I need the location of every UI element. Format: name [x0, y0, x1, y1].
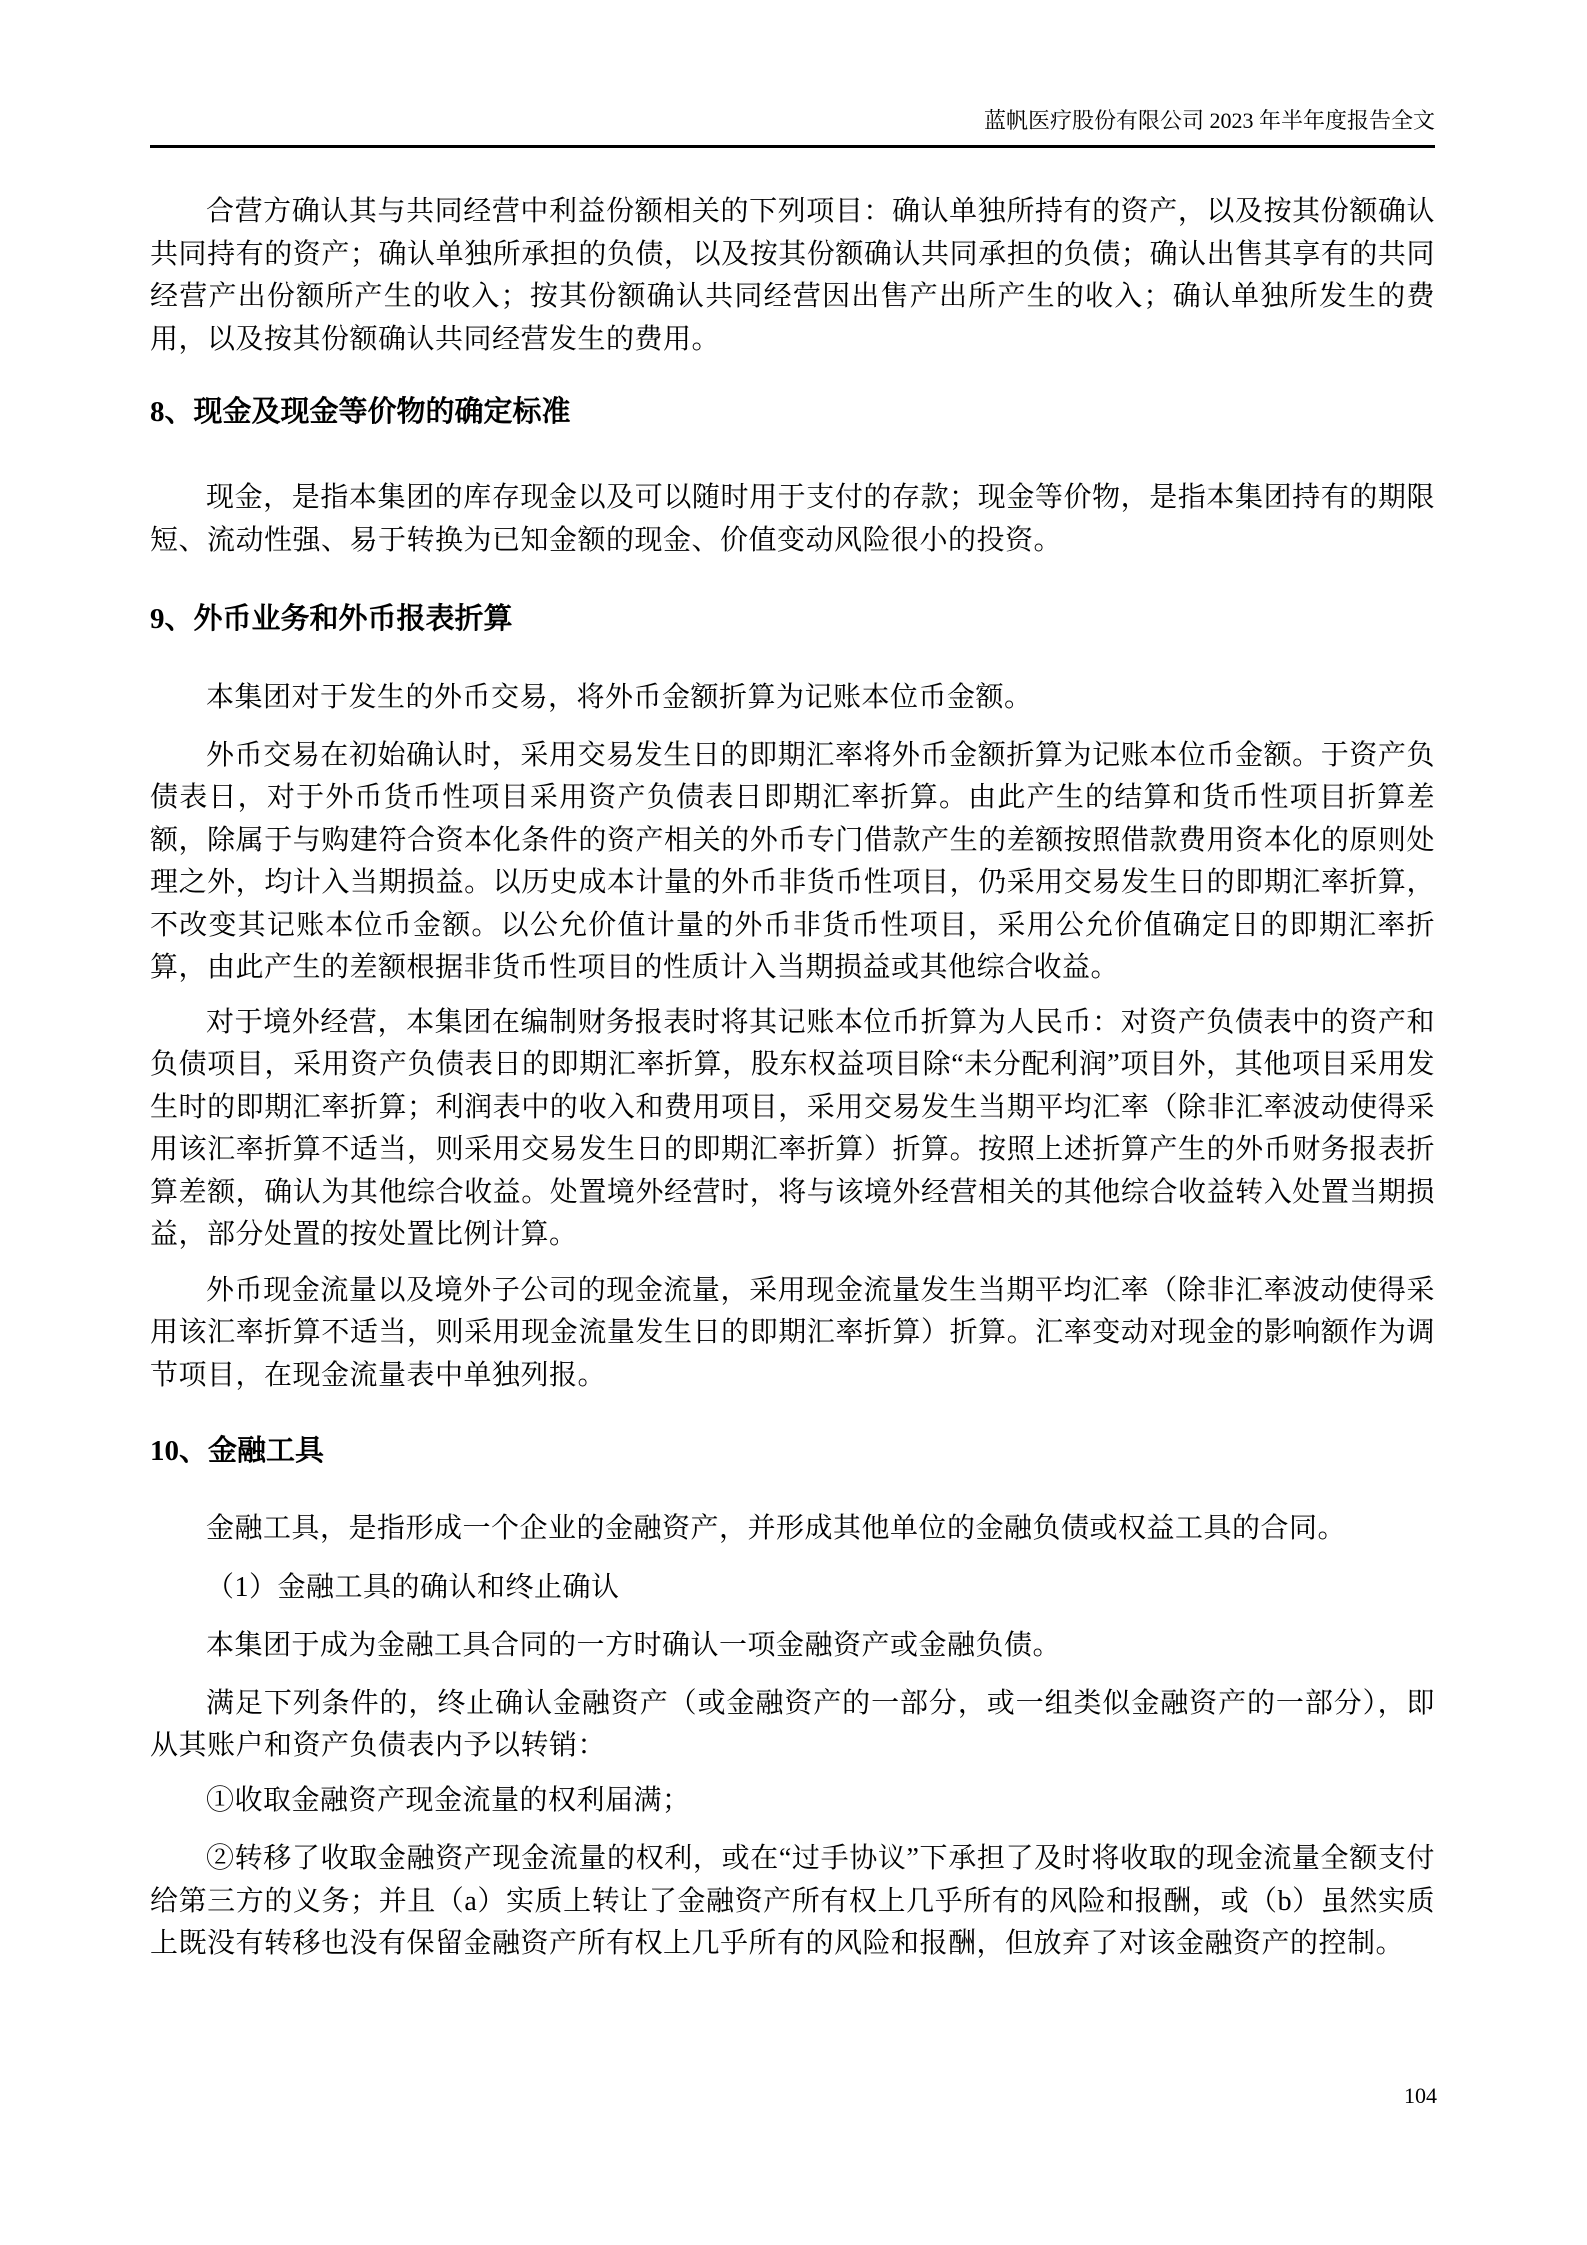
- section-heading-9: 9、外币业务和外币报表折算: [150, 598, 1435, 640]
- report-header-title: 蓝帆医疗股份有限公司 2023 年半年度报告全文: [984, 108, 1435, 133]
- paragraph-recognition-rule: 本集团于成为金融工具合同的一方时确认一项金融资产或金融负债。: [150, 1625, 1435, 1668]
- paragraph-fx-transactions: 本集团对于发生的外币交易，将外币金额折算为记账本位币金额。: [150, 677, 1435, 720]
- section-heading-8: 8、现金及现金等价物的确定标准: [150, 391, 1435, 433]
- paragraph-financial-instrument-definition: 金融工具，是指形成一个企业的金融资产，并形成其他单位的金融负债或权益工具的合同。: [150, 1508, 1435, 1551]
- paragraph-recognition-subheading: （1）金融工具的确认和终止确认: [150, 1567, 1435, 1610]
- header-divider: [150, 145, 1435, 148]
- paragraph-fx-overseas-operations: 对于境外经营，本集团在编制财务报表时将其记账本位币折算为人民币：对资产负债表中的…: [150, 1002, 1435, 1257]
- page-content: 蓝帆医疗股份有限公司 2023 年半年度报告全文 合营方确认其与共同经营中利益份…: [150, 0, 1435, 1966]
- document-page: 蓝帆医疗股份有限公司 2023 年半年度报告全文 合营方确认其与共同经营中利益份…: [0, 0, 1587, 2245]
- page-header: 蓝帆医疗股份有限公司 2023 年半年度报告全文: [150, 0, 1435, 136]
- paragraph-condition-2: ②转移了收取金融资产现金流量的权利，或在“过手协议”下承担了及时将收取的现金流量…: [150, 1838, 1435, 1966]
- paragraph-joint-operation: 合营方确认其与共同经营中利益份额相关的下列项目：确认单独所持有的资产，以及按其份…: [150, 191, 1435, 361]
- paragraph-cash-definition: 现金，是指本集团的库存现金以及可以随时用于支付的存款；现金等价物，是指本集团持有…: [150, 477, 1435, 562]
- section-heading-10: 10、金融工具: [150, 1430, 1435, 1472]
- paragraph-fx-cash-flows: 外币现金流量以及境外子公司的现金流量，采用现金流量发生当期平均汇率（除非汇率波动…: [150, 1270, 1435, 1398]
- paragraph-derecognition-conditions: 满足下列条件的，终止确认金融资产（或金融资产的一部分，或一组类似金融资产的一部分…: [150, 1683, 1435, 1768]
- paragraph-fx-initial-recognition: 外币交易在初始确认时，采用交易发生日的即期汇率将外币金额折算为记账本位币金额。于…: [150, 735, 1435, 990]
- paragraph-condition-1: ①收取金融资产现金流量的权利届满；: [150, 1780, 1435, 1823]
- page-number: 104: [1404, 2082, 1437, 2110]
